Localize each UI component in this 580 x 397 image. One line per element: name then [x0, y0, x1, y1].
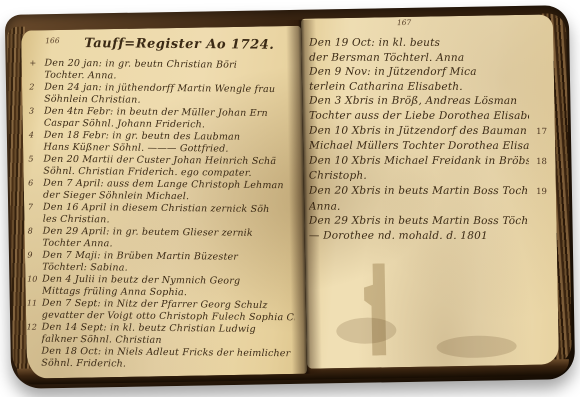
register-line: Den 20 Xbris in beuts Martin Boss Tochte… [309, 184, 547, 200]
page-stain [336, 317, 396, 344]
entry-text: Christoph. [309, 169, 529, 184]
entry-margin-number: 18 [529, 155, 547, 170]
book-gutter [286, 20, 322, 374]
entry-text: Söhnl. Friderich. [41, 358, 294, 373]
book: 166 Tauff=Register Ao 1724. + Den 20 jan… [5, 5, 575, 389]
entry-text: Den 19 Oct: in kl. beuts [309, 36, 529, 51]
entry-text: Anna. [309, 199, 529, 214]
entry-margin-number: 17 [529, 125, 547, 140]
entry-text: Den 10 Xbris Michael Freidank in Bröbs S… [309, 153, 529, 168]
register-line: Michael Müllers Tochter Dorothea Elisabe… [309, 139, 547, 154]
entry-text: Den 10 Xbris in Jützendorf des Bauman [309, 123, 529, 138]
register-line: Anna. [309, 199, 547, 214]
entry-number: 3 [29, 106, 44, 118]
register-line: Den 10 Xbris Michael Freidank in Bröbs S… [309, 153, 547, 169]
register-line: Tochter auss der Liebe Dorothea Elisabet… [309, 109, 547, 124]
entry-text: der Bersman Töchterl. Anna [309, 50, 529, 65]
entry-number: + [29, 58, 44, 70]
left-page-entries: + Den 20 jan: in gr. beutn Christian Bör… [26, 58, 297, 373]
entry-text: terlein Catharina Elisabeth. [309, 79, 529, 94]
entry-margin-number: 19 [529, 185, 547, 200]
entry-text: Den 9 Nov: in Jützendorf Mica [309, 65, 529, 80]
entry-number: 8 [28, 226, 43, 238]
right-page-number: 167 [397, 18, 411, 27]
register-line: der Bersman Töchterl. Anna [309, 50, 547, 65]
register-line: Den 9 Nov: in Jützendorf Mica [309, 65, 547, 80]
entry-number: 11 [27, 298, 42, 310]
entry-text: — Dorothee nd. mohald. d. 1801 [309, 228, 529, 243]
entry-number: 10 [27, 274, 42, 286]
entry-text: Den 3 Xbris in Bröß, Andreas Lösman [309, 94, 529, 109]
photo-background: 166 Tauff=Register Ao 1724. + Den 20 jan… [0, 0, 580, 397]
page-stain [436, 335, 516, 358]
entry-number: 7 [28, 202, 43, 214]
entry-number: 2 [29, 82, 44, 94]
entry-text: Tochter auss der Liebe Dorothea Elisabet… [309, 109, 529, 124]
entry-text: Den 29 Xbris in beuts Martin Boss Töchte… [309, 214, 529, 229]
register-line: Den 3 Xbris in Bröß, Andreas Lösman [309, 94, 547, 109]
entry-number: 6 [28, 178, 43, 190]
entry-text: Michael Müllers Tochter Dorothea Elisabe… [309, 139, 529, 154]
register-line: Den 10 Xbris in Jützendorf des Bauman 17 [309, 123, 547, 139]
left-page: 166 Tauff=Register Ao 1724. + Den 20 jan… [21, 26, 307, 379]
register-line: Den 29 Xbris in beuts Martin Boss Töchte… [309, 214, 547, 229]
entry-number: 4 [29, 130, 44, 142]
right-page: 167 Den 19 Oct: in kl. beuts der Bersman… [301, 14, 559, 368]
entry-number: 9 [27, 250, 42, 262]
register-line: Christoph. [309, 169, 547, 184]
register-line: Söhnl. Friderich. [26, 358, 294, 373]
register-line: — Dorothee nd. mohald. d. 1801 [309, 228, 547, 243]
register-title: Tauff=Register Ao 1724. [69, 36, 289, 53]
entry-number: 12 [27, 322, 42, 334]
entry-number: 5 [28, 154, 43, 166]
register-line: Den 19 Oct: in kl. beuts [309, 36, 547, 51]
register-line: terlein Catharina Elisabeth. [309, 79, 547, 94]
entry-text: Den 20 Xbris in beuts Martin Boss Tochte… [309, 184, 529, 199]
right-page-entries: Den 19 Oct: in kl. beuts der Bersman Töc… [309, 36, 547, 244]
left-page-number: 166 [45, 36, 59, 45]
